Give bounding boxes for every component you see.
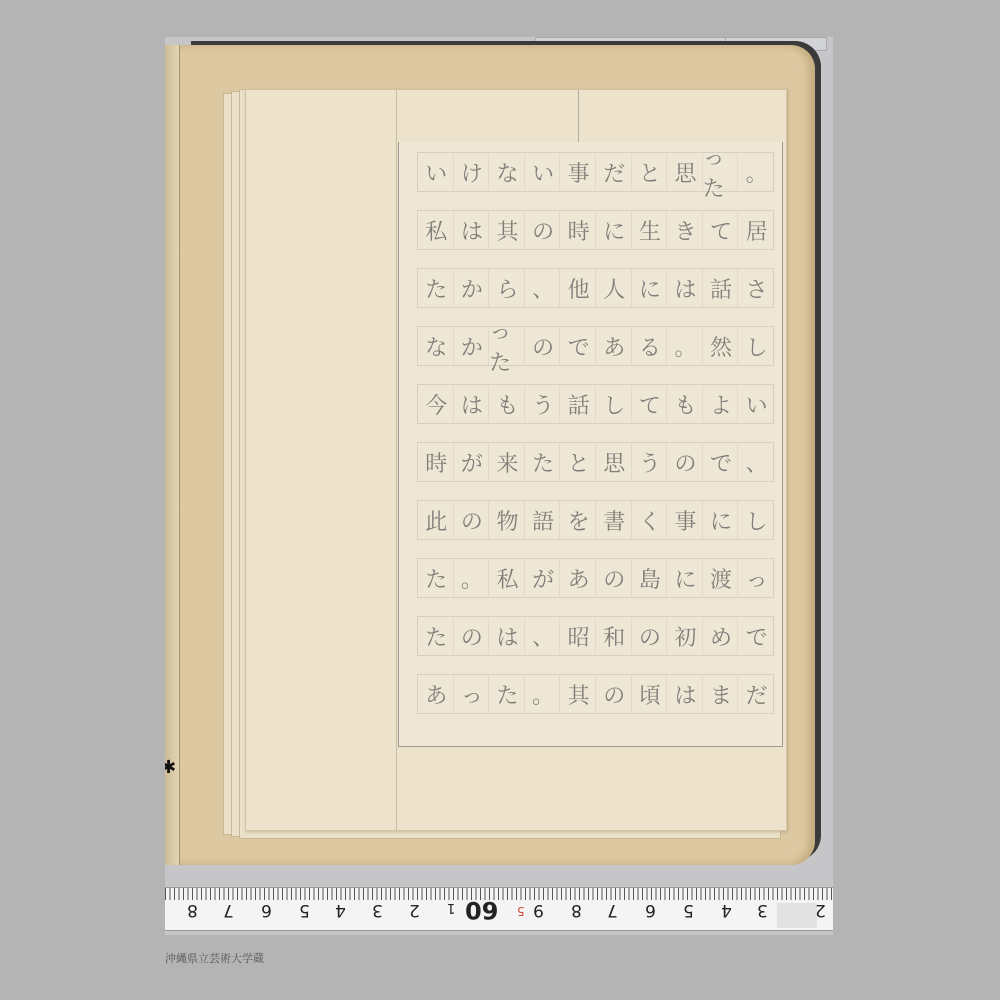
ruler-number: 5 bbox=[299, 900, 310, 920]
ruler-number: 7 bbox=[607, 900, 618, 920]
ruler-number: 1 bbox=[447, 900, 455, 915]
ruler-number: 8 bbox=[571, 900, 582, 920]
ruler-number: 6 bbox=[261, 900, 272, 920]
text-row: なかったのである。然し bbox=[417, 326, 774, 366]
ruler-number-red: 5 bbox=[517, 904, 525, 918]
caption-credit: 沖縄県立芸術大学蔵 bbox=[165, 950, 264, 966]
measuring-ruler: 8 7 6 5 4 3 2 1 60 5 9 8 7 6 5 4 3 2 bbox=[165, 887, 833, 931]
ruler-number: 2 bbox=[409, 900, 420, 920]
spine-ink-mark: ✱ bbox=[165, 757, 175, 777]
ruler-number-60: 60 bbox=[465, 896, 498, 924]
ruler-number: 4 bbox=[335, 900, 346, 920]
grid-header bbox=[398, 90, 781, 143]
text-row: 私は其の時に生きて居 bbox=[417, 210, 774, 250]
ruler-number: 8 bbox=[187, 900, 198, 920]
text-row: 時が来たと思うので、 bbox=[417, 442, 774, 482]
ruler-number: 9 bbox=[533, 900, 544, 920]
text-row: た。私があの島に渡っ bbox=[417, 558, 774, 598]
text-row: あった。其の頃はまだ bbox=[417, 674, 774, 714]
text-row: 今はもう話してもよい bbox=[417, 384, 774, 424]
ruler-number: 5 bbox=[683, 900, 694, 920]
photograph: ✱ いけない事だと思った。 私は其の時に生きて居 たから、他人には話さ なかった… bbox=[165, 37, 833, 935]
ruler-number: 6 bbox=[645, 900, 656, 920]
ruler-sticker bbox=[777, 903, 817, 928]
ruler-number: 3 bbox=[757, 900, 768, 920]
notebook-spine bbox=[165, 45, 180, 865]
text-row: たから、他人には話さ bbox=[417, 268, 774, 308]
ruler-number: 2 bbox=[815, 900, 826, 920]
ruler-ticks bbox=[165, 888, 833, 900]
ruler-number: 7 bbox=[223, 900, 234, 920]
page-margin bbox=[246, 90, 397, 830]
ruler-number: 3 bbox=[372, 900, 383, 920]
ruler-number: 4 bbox=[721, 900, 732, 920]
manuscript-page: いけない事だと思った。 私は其の時に生きて居 たから、他人には話さ なかったので… bbox=[245, 89, 787, 831]
text-row: いけない事だと思った。 bbox=[417, 152, 774, 192]
text-row: たのは、昭和の初めで bbox=[417, 616, 774, 656]
manuscript-grid: いけない事だと思った。 私は其の時に生きて居 たから、他人には話さ なかったので… bbox=[398, 142, 783, 747]
text-row: 此の物語を書く事にし bbox=[417, 500, 774, 540]
